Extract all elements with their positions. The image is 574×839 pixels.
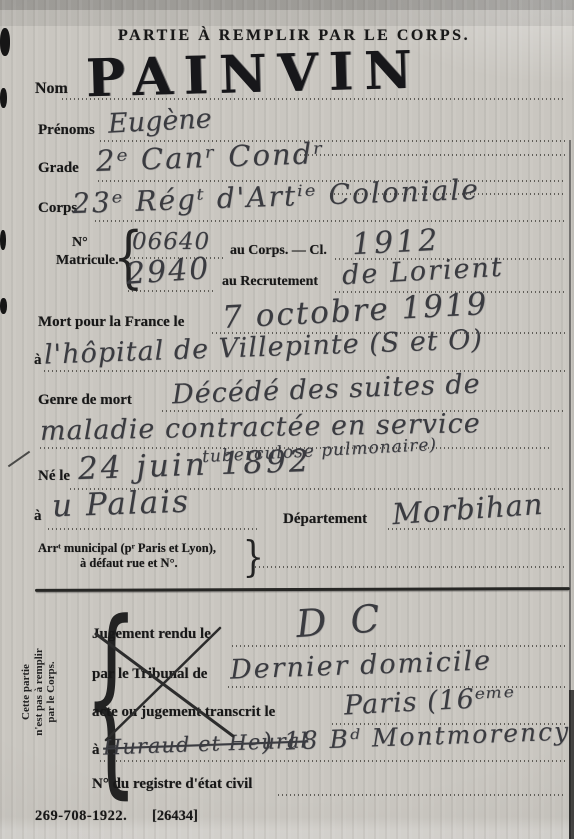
genre-mort-label: Genre de mort bbox=[38, 392, 132, 409]
grade-label: Grade bbox=[38, 160, 79, 177]
scan-artifact-blob bbox=[0, 88, 7, 108]
scan-artifact-blob bbox=[0, 230, 6, 250]
lieu-naissance-dotted-line bbox=[48, 528, 260, 530]
nom-label: Nom bbox=[35, 80, 68, 98]
corps-dotted-line bbox=[95, 220, 565, 222]
departement-label: Département bbox=[283, 511, 367, 528]
side-note-line1: Cette partie bbox=[20, 608, 33, 776]
scan-edge-shadow bbox=[569, 690, 574, 839]
ne-value-handwritten: 24 juin 1892 bbox=[77, 443, 312, 487]
arrondissement-label-line2: à défaut rue et N°. bbox=[80, 556, 178, 571]
registre-dotted bbox=[278, 794, 565, 796]
registre-label: N° du registre d'état civil bbox=[92, 776, 252, 793]
lieu-mort-dotted-line bbox=[44, 370, 565, 372]
arrondissement-dotted-line bbox=[255, 566, 565, 568]
lieu-naissance-label: à bbox=[34, 508, 42, 525]
prenoms-label: Prénoms bbox=[38, 122, 95, 139]
side-note-line2: n'est pas à remplir bbox=[33, 608, 46, 776]
matricule-label-line1: N° bbox=[72, 235, 88, 251]
stray-pen-mark bbox=[8, 451, 30, 468]
scan-artifact-blob bbox=[0, 28, 10, 56]
jugement-rendu-dotted bbox=[232, 645, 565, 647]
departement-value-handwritten: Morbihan bbox=[391, 487, 545, 531]
matricule-corps-suffix: au Corps. — Cl. bbox=[230, 243, 327, 259]
jugement-a-dotted bbox=[100, 760, 565, 762]
jugement-a-label: à bbox=[92, 742, 100, 759]
lieu-mort-label: à bbox=[34, 352, 42, 369]
jugement-a-value-handwritten: ) 18 Bᵈ Montmorency bbox=[262, 717, 571, 757]
death-record-card: PARTIE À REMPLIR PAR LE CORPS. Nom PAINV… bbox=[0, 0, 574, 839]
arrondissement-label-line1: Arrᵗ municipal (pʳ Paris et Lyon), bbox=[38, 541, 216, 556]
ne-label: Né le bbox=[38, 468, 70, 485]
side-note-vertical: Cette partie n'est pas à remplir par le … bbox=[20, 608, 60, 776]
scan-artifact-blob bbox=[0, 298, 7, 314]
matricule-recrutement-suffix: au Recrutement bbox=[222, 274, 318, 290]
arrondissement-brace: } bbox=[243, 536, 264, 578]
jugement-tribunal-value-handwritten: Dernier domicile bbox=[230, 645, 493, 685]
grade-value-handwritten: 2ᵉ Canʳ Condʳ bbox=[95, 136, 325, 178]
side-note-line3: par le Corps. bbox=[45, 608, 58, 776]
footer-print-code: 269-708-1922. bbox=[35, 808, 127, 825]
footer-bracket-number: [26434] bbox=[152, 808, 198, 825]
genre-mort-value1-handwritten: Décédé des suites de bbox=[172, 369, 482, 411]
nom-value-handwritten: PAINVIN bbox=[85, 40, 423, 110]
jugement-rendu-value-handwritten: D C bbox=[295, 596, 387, 646]
lieu-mort-value-handwritten: l'hôpital de Villepinte (S et O) bbox=[44, 324, 484, 370]
matricule-label-line2: Matricule. bbox=[56, 253, 119, 269]
prenoms-value-handwritten: Eugène bbox=[107, 103, 212, 139]
cross-out-mark bbox=[88, 628, 238, 743]
matricule-recrutement-value-handwritten: 2940 bbox=[125, 251, 212, 292]
lieu-naissance-value-handwritten: u Palais bbox=[51, 484, 190, 525]
mort-label: Mort pour la France le bbox=[38, 314, 184, 331]
prenoms-dotted-line-2 bbox=[300, 154, 565, 156]
